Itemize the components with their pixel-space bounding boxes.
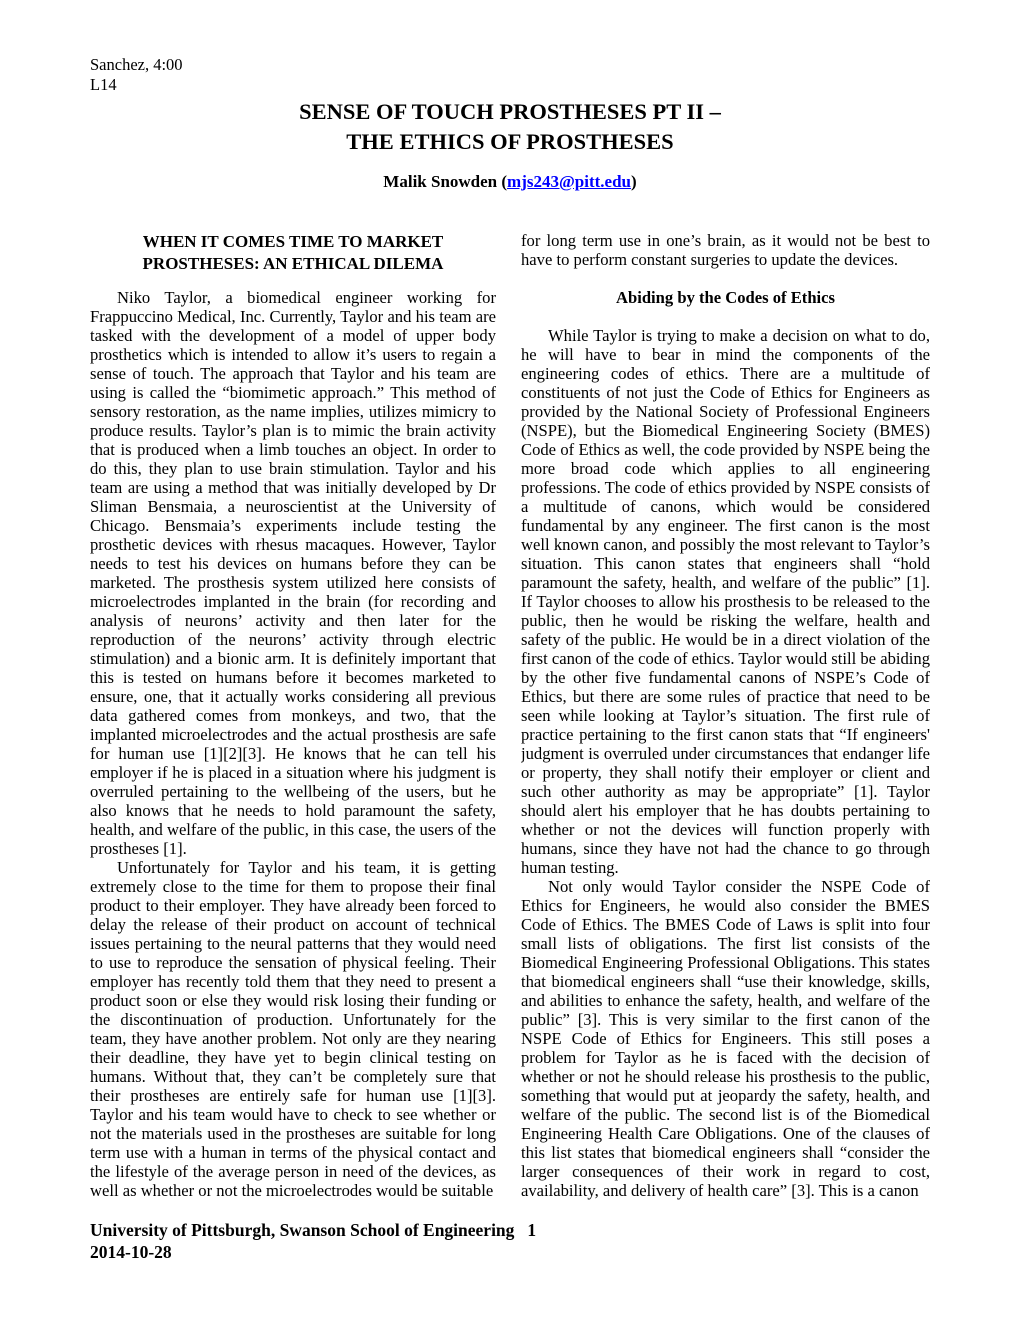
paragraph-continuation: for long term use in one’s brain, as it … xyxy=(521,231,930,269)
header-course: Sanchez, 4:00 xyxy=(90,55,183,75)
page-footer: University of Pittsburgh, Swanson School… xyxy=(90,1220,930,1263)
section-heading-codes: Abiding by the Codes of Ethics xyxy=(521,288,930,307)
left-column: WHEN IT COMES TIME TO MARKET PROSTHESES:… xyxy=(90,231,496,1221)
byline: Malik Snowden (mjs243@pitt.edu) xyxy=(90,172,930,192)
footer-institution: University of Pittsburgh, Swanson School… xyxy=(90,1220,514,1240)
paragraph-nspe: While Taylor is trying to make a decisio… xyxy=(521,326,930,877)
email-link[interactable]: mjs243@pitt.edu xyxy=(507,172,631,191)
paragraph-intro: Niko Taylor, a biomedical engineer worki… xyxy=(90,288,496,858)
footer-date: 2014-10-28 xyxy=(90,1242,930,1264)
page-title-line1: SENSE OF TOUCH PROSTHESES PT II – xyxy=(90,97,930,127)
document-page: Sanchez, 4:00 L14 SENSE OF TOUCH PROSTHE… xyxy=(0,0,1020,1320)
footer-page-number: 1 xyxy=(527,1220,536,1240)
section-heading-line1: WHEN IT COMES TIME TO MARKET xyxy=(90,231,496,253)
header-section: L14 xyxy=(90,75,183,95)
header-note: Sanchez, 4:00 L14 xyxy=(90,55,183,94)
right-column: for long term use in one’s brain, as it … xyxy=(521,231,930,1221)
paragraph-bmes: Not only would Taylor consider the NSPE … xyxy=(521,877,930,1200)
page-title-line2: THE ETHICS OF PROSTHESES xyxy=(90,127,930,157)
author-name: Malik Snowden ( xyxy=(383,172,507,191)
two-column-body: WHEN IT COMES TIME TO MARKET PROSTHESES:… xyxy=(90,231,930,1221)
paragraph-deadline: Unfortunately for Taylor and his team, i… xyxy=(90,858,496,1200)
page-title: SENSE OF TOUCH PROSTHESES PT II – THE ET… xyxy=(90,97,930,157)
footer-institution-line: University of Pittsburgh, Swanson School… xyxy=(90,1220,930,1242)
byline-suffix: ) xyxy=(631,172,637,191)
section-heading-market: WHEN IT COMES TIME TO MARKET PROSTHESES:… xyxy=(90,231,496,274)
section-heading-line2: PROSTHESES: AN ETHICAL DILEMA xyxy=(90,253,496,275)
